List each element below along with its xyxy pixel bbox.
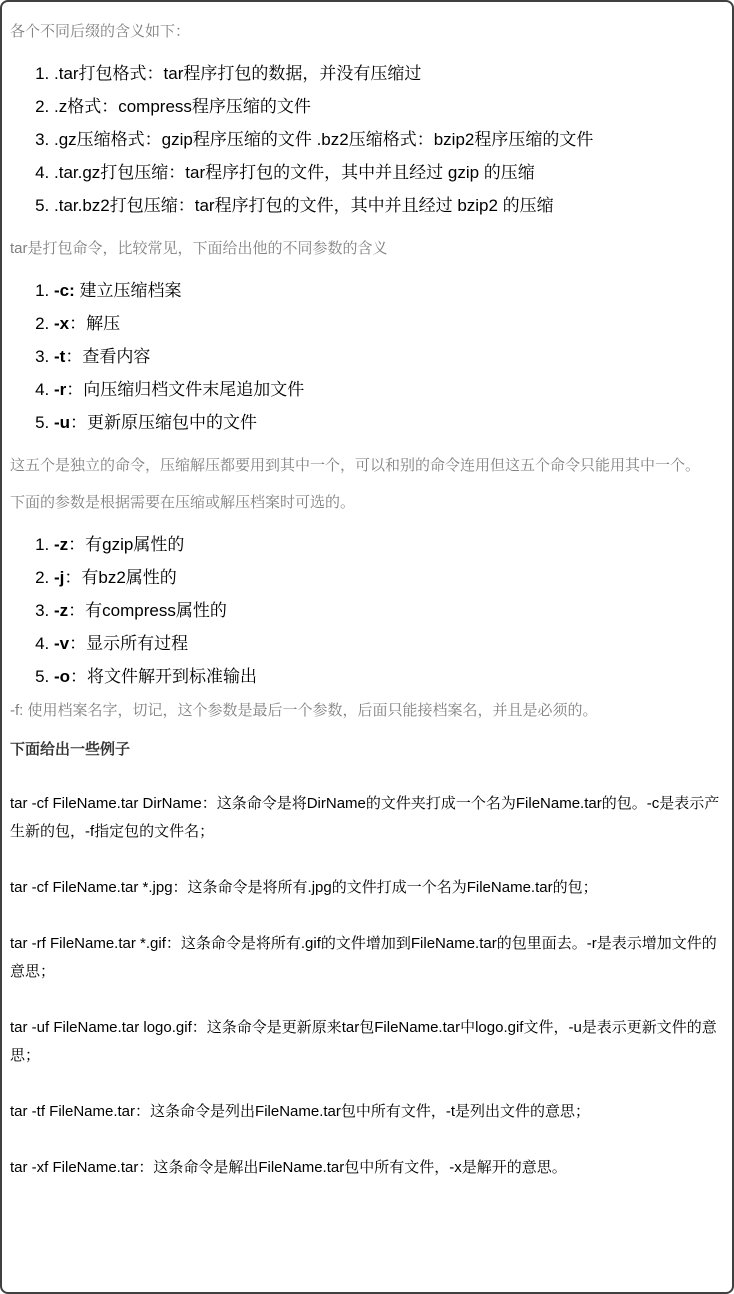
paragraph-exclusive-note: 这五个是独立的命令，压缩解压都要用到其中一个，可以和别的命令连用但这五个命令只能… <box>10 452 724 479</box>
paragraph-optional-intro: 下面的参数是根据需要在压缩或解压档案时可选的。 <box>10 489 724 516</box>
list-item: -j：有bz2属性的 <box>54 565 724 591</box>
list-item: -r：向压缩归档文件末尾追加文件 <box>54 377 724 403</box>
example-paragraph: tar -xf FileName.tar：这条命令是解出FileName.tar… <box>10 1154 724 1182</box>
param-desc: ：有compress属性的 <box>68 601 227 620</box>
param-flag: -v <box>54 634 69 653</box>
list-item: -t：查看内容 <box>54 344 724 370</box>
param-flag: -c: <box>54 281 75 300</box>
param-flag: -t <box>54 347 65 366</box>
list-item: -v：显示所有过程 <box>54 631 724 657</box>
list-item: .gz压缩格式：gzip程序压缩的文件 .bz2压缩格式：bzip2程序压缩的文… <box>54 127 724 153</box>
param-flag: -j <box>54 568 64 587</box>
list-item: .tar.bz2打包压缩：tar程序打包的文件，其中并且经过 bzip2 的压缩 <box>54 193 724 219</box>
suffix-list: .tar打包格式：tar程序打包的数据，并没有压缩过 .z格式：compress… <box>10 61 724 219</box>
paragraph-f-note: -f: 使用档案名字，切记，这个参数是最后一个参数，后面只能接档案名，并且是必须… <box>10 697 724 724</box>
param-desc: ：解压 <box>69 314 120 333</box>
examples-heading: 下面给出一些例子 <box>10 738 724 762</box>
param-flag: -z <box>54 601 68 620</box>
example-paragraph: tar -tf FileName.tar：这条命令是列出FileName.tar… <box>10 1098 724 1126</box>
example-paragraph: tar -cf FileName.tar DirName：这条命令是将DirNa… <box>10 790 724 846</box>
param-desc: ：向压缩归档文件末尾追加文件 <box>66 380 304 399</box>
param-desc: ：将文件解开到标准输出 <box>70 667 257 686</box>
list-item: -o：将文件解开到标准输出 <box>54 664 724 690</box>
param-desc: ：显示所有过程 <box>69 634 188 653</box>
param-desc: 建立压缩档案 <box>75 281 182 300</box>
paragraph-tar-intro: tar是打包命令，比较常见，下面给出他的不同参数的含义 <box>10 235 724 262</box>
example-paragraph: tar -cf FileName.tar *.jpg：这条命令是将所有.jpg的… <box>10 874 724 902</box>
list-item: .z格式：compress程序压缩的文件 <box>54 94 724 120</box>
optional-params-list: -z：有gzip属性的 -j：有bz2属性的 -z：有compress属性的 -… <box>10 532 724 690</box>
list-item: -z：有compress属性的 <box>54 598 724 624</box>
example-paragraph: tar -rf FileName.tar *.gif：这条命令是将所有.gif的… <box>10 930 724 986</box>
param-desc: ：有bz2属性的 <box>64 568 176 587</box>
main-params-list: -c: 建立压缩档案 -x：解压 -t：查看内容 -r：向压缩归档文件末尾追加文… <box>10 278 724 436</box>
list-item: -u：更新原压缩包中的文件 <box>54 410 724 436</box>
param-desc: ：更新原压缩包中的文件 <box>70 413 257 432</box>
param-flag: -x <box>54 314 69 333</box>
example-paragraph: tar -uf FileName.tar logo.gif：这条命令是更新原来t… <box>10 1014 724 1070</box>
param-flag: -z <box>54 535 68 554</box>
paragraph-suffix-intro: 各个不同后缀的含义如下： <box>10 18 724 45</box>
param-flag: -r <box>54 380 66 399</box>
article-content: 各个不同后缀的含义如下： .tar打包格式：tar程序打包的数据，并没有压缩过 … <box>0 0 734 1294</box>
param-desc: ：有gzip属性的 <box>68 535 184 554</box>
list-item: .tar.gz打包压缩：tar程序打包的文件，其中并且经过 gzip 的压缩 <box>54 160 724 186</box>
param-desc: ：查看内容 <box>65 347 150 366</box>
list-item: -x：解压 <box>54 311 724 337</box>
param-flag: -u <box>54 413 70 432</box>
list-item: -z：有gzip属性的 <box>54 532 724 558</box>
param-flag: -o <box>54 667 70 686</box>
list-item: -c: 建立压缩档案 <box>54 278 724 304</box>
list-item: .tar打包格式：tar程序打包的数据，并没有压缩过 <box>54 61 724 87</box>
